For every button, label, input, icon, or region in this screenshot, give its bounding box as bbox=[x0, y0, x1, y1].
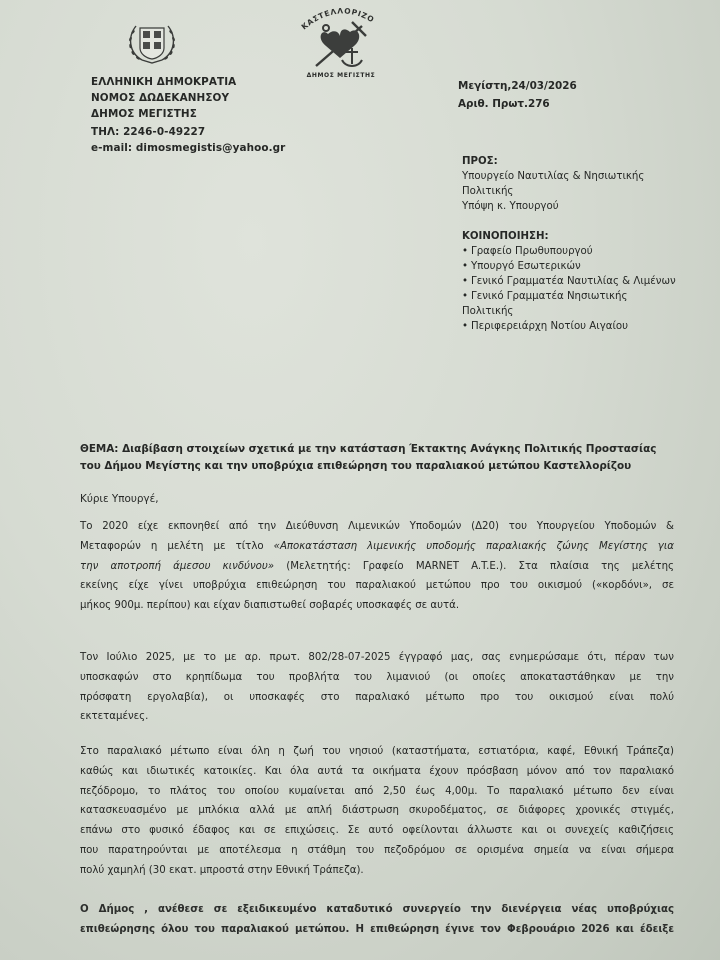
cc-item: •Γενικό Γραμματέα Ναυτιλίας & Λιμένων bbox=[462, 274, 712, 289]
paragraph-line: μήκος 900μ. περίπου) και είχαν διαπιστωθ… bbox=[80, 596, 674, 616]
paragraph-line: εκείνης είχε γίνει υποβρύχια επιθεώρηση … bbox=[80, 576, 674, 596]
subject-line: ΘΕΜΑ: Διαβίβαση στοιχείων σχετικά με την… bbox=[80, 441, 680, 458]
bullet-icon: • bbox=[462, 276, 468, 287]
bullet-icon: • bbox=[462, 261, 468, 272]
subject-line: του Δήμου Μεγίστης και την υποβρύχια επι… bbox=[80, 458, 680, 475]
paragraph-line: επάνω στο φυσικό έδαφος και σε επιχώσεις… bbox=[80, 821, 674, 841]
cc-item-text: Γραφείο Πρωθυπουργού bbox=[471, 246, 593, 257]
letter-page: ΕΛΛΗΝΙΚΗ ΔΗΜΟΚΡΑΤΙΑ ΝΟΜΟΣ ΔΩΔΕΚΑΝΗΣΟΥ ΔΗ… bbox=[0, 0, 720, 960]
cc-item: •Γραφείο Πρωθυπουργού bbox=[462, 244, 712, 259]
paragraph-line: Ο Δήμος , ανέθεσε σε εξειδικευμένο καταδ… bbox=[80, 900, 674, 920]
sender-organization: ΕΛΛΗΝΙΚΗ ΔΗΜΟΚΡΑΤΙΑ ΝΟΜΟΣ ΔΩΔΕΚΑΝΗΣΟΥ ΔΗ… bbox=[91, 74, 285, 156]
paragraph-line: υποσκαφών στο κρηπίδωμα του προβλήτα του… bbox=[80, 668, 674, 688]
paragraph-line: Μεταφορών η μελέτη με τίτλο «Αποκατάστασ… bbox=[80, 537, 674, 557]
place-date: Μεγίστη,24/03/2026 bbox=[458, 77, 577, 95]
paragraph-line: πρόσφατη εργολαβία), οι υποσκαφές στο πα… bbox=[80, 688, 674, 708]
paragraph-2: Τον Ιούλιο 2025, με το με αρ. πρωτ. 802/… bbox=[80, 648, 674, 727]
org-country: ΕΛΛΗΝΙΚΗ ΔΗΜΟΚΡΑΤΙΑ bbox=[91, 74, 285, 90]
cc-item-text: Υπουργό Εσωτερικών bbox=[471, 261, 581, 272]
cc-item-text: Περιφερειάρχη Νοτίου Αιγαίου bbox=[471, 321, 628, 332]
bullet-icon: • bbox=[462, 291, 468, 302]
paragraph-line: εκτεταμένες. bbox=[80, 707, 674, 727]
subject: ΘΕΜΑ: Διαβίβαση στοιχείων σχετικά με την… bbox=[80, 441, 680, 475]
org-prefecture: ΝΟΜΟΣ ΔΩΔΕΚΑΝΗΣΟΥ bbox=[91, 90, 285, 106]
org-email: e-mail: dimosmegistis@yahoo.gr bbox=[91, 140, 285, 156]
cc-item: Πολιτικής bbox=[462, 304, 712, 319]
text-run: (Μελετητής: Γραφείο MARNET A.T.E.). Στα … bbox=[274, 561, 674, 572]
cc-item-text: Γενικό Γραμματέα Νησιωτικής bbox=[471, 291, 627, 302]
to-line: Υπόψη κ. Υπουργού bbox=[462, 199, 712, 214]
to-line: Πολιτικής bbox=[462, 184, 712, 199]
paragraph-1: Το 2020 είχε εκπονηθεί από την Διεύθυνση… bbox=[80, 517, 674, 616]
cc-item: •Περιφερειάρχη Νοτίου Αιγαίου bbox=[462, 319, 712, 334]
paragraph-line: που παρατηρούνται με αποτέλεσμα η στάθμη… bbox=[80, 841, 674, 861]
logo-top-text: ΚΑΣΤΕΛΛΟΡΙΖΟ bbox=[300, 6, 376, 31]
study-title: «Αποκατάσταση λιμενικής υποδομής παραλια… bbox=[274, 541, 674, 552]
cc-label: ΚΟΙΝΟΠΟΙΗΣΗ: bbox=[462, 229, 712, 244]
paragraph-line: Το 2020 είχε εκπονηθεί από την Διεύθυνση… bbox=[80, 517, 674, 537]
to-label: ΠΡΟΣ: bbox=[462, 154, 712, 169]
cc-item: •Γενικό Γραμματέα Νησιωτικής bbox=[462, 289, 712, 304]
protocol-number: Αριθ. Πρωτ.276 bbox=[458, 95, 577, 113]
org-municipality: ΔΗΜΟΣ ΜΕΓΙΣΤΗΣ bbox=[91, 106, 285, 122]
date-block: Μεγίστη,24/03/2026 Αριθ. Πρωτ.276 bbox=[458, 77, 577, 113]
kastellorizo-anchor-heart-logo-icon: ΚΑΣΤΕΛΛΟΡΙΖΟ bbox=[296, 4, 386, 74]
org-phone: ΤΗΛ: 2246-0-49227 bbox=[91, 124, 285, 140]
greek-coat-of-arms-icon bbox=[124, 18, 180, 66]
text-run: Μεταφορών η μελέτη με τίτλο bbox=[80, 541, 274, 552]
recipients: ΠΡΟΣ: Υπουργείο Ναυτιλίας & Νησιωτικής Π… bbox=[462, 154, 712, 334]
paragraph-line: Τον Ιούλιο 2025, με το με αρ. πρωτ. 802/… bbox=[80, 648, 674, 668]
svg-text:ΚΑΣΤΕΛΛΟΡΙΖΟ: ΚΑΣΤΕΛΛΟΡΙΖΟ bbox=[300, 6, 376, 31]
paragraph-4: Ο Δήμος , ανέθεσε σε εξειδικευμένο καταδ… bbox=[80, 900, 674, 940]
paragraph-line: καθώς και ιδιωτικές κατοικίες. Και όλα α… bbox=[80, 762, 674, 782]
paragraph-line: Στο παραλιακό μέτωπο είναι όλη η ζωή του… bbox=[80, 742, 674, 762]
paragraph-line: επιθεώρησης όλου του παραλιακού μετώπου.… bbox=[80, 920, 674, 940]
cc-list: •Γραφείο Πρωθυπουργού•Υπουργό Εσωτερικών… bbox=[462, 244, 712, 334]
paragraph-line: πεζόδρομο, το πλάτος του οποίου κυμαίνετ… bbox=[80, 782, 674, 802]
study-title: την αποτροπή άμεσου κινδύνου» bbox=[80, 561, 274, 572]
to-line: Υπουργείο Ναυτιλίας & Νησιωτικής bbox=[462, 169, 712, 184]
bullet-icon: • bbox=[462, 321, 468, 332]
paragraph-line: κατασκευασμένο με μπλόκια αλλά με απλή δ… bbox=[80, 801, 674, 821]
cc-item-text: Πολιτικής bbox=[462, 306, 513, 317]
salutation: Κύριε Υπουργέ, bbox=[80, 491, 159, 508]
logo-bottom-text: ΔΗΜΟΣ ΜΕΓΙΣΤΗΣ bbox=[296, 72, 386, 79]
cc-item-text: Γενικό Γραμματέα Ναυτιλίας & Λιμένων bbox=[471, 276, 676, 287]
paragraph-3: Στο παραλιακό μέτωπο είναι όλη η ζωή του… bbox=[80, 742, 674, 881]
paragraph-line: την αποτροπή άμεσου κινδύνου» (Μελετητής… bbox=[80, 557, 674, 577]
municipality-logo: ΚΑΣΤΕΛΛΟΡΙΖΟ ΔΗΜΟΣ ΜΕΓΙΣΤΗΣ bbox=[296, 4, 386, 82]
cc-item: •Υπουργό Εσωτερικών bbox=[462, 259, 712, 274]
bullet-icon: • bbox=[462, 246, 468, 257]
paragraph-line: πολύ χαμηλή (30 εκατ. μπροστά στην Εθνικ… bbox=[80, 861, 674, 881]
